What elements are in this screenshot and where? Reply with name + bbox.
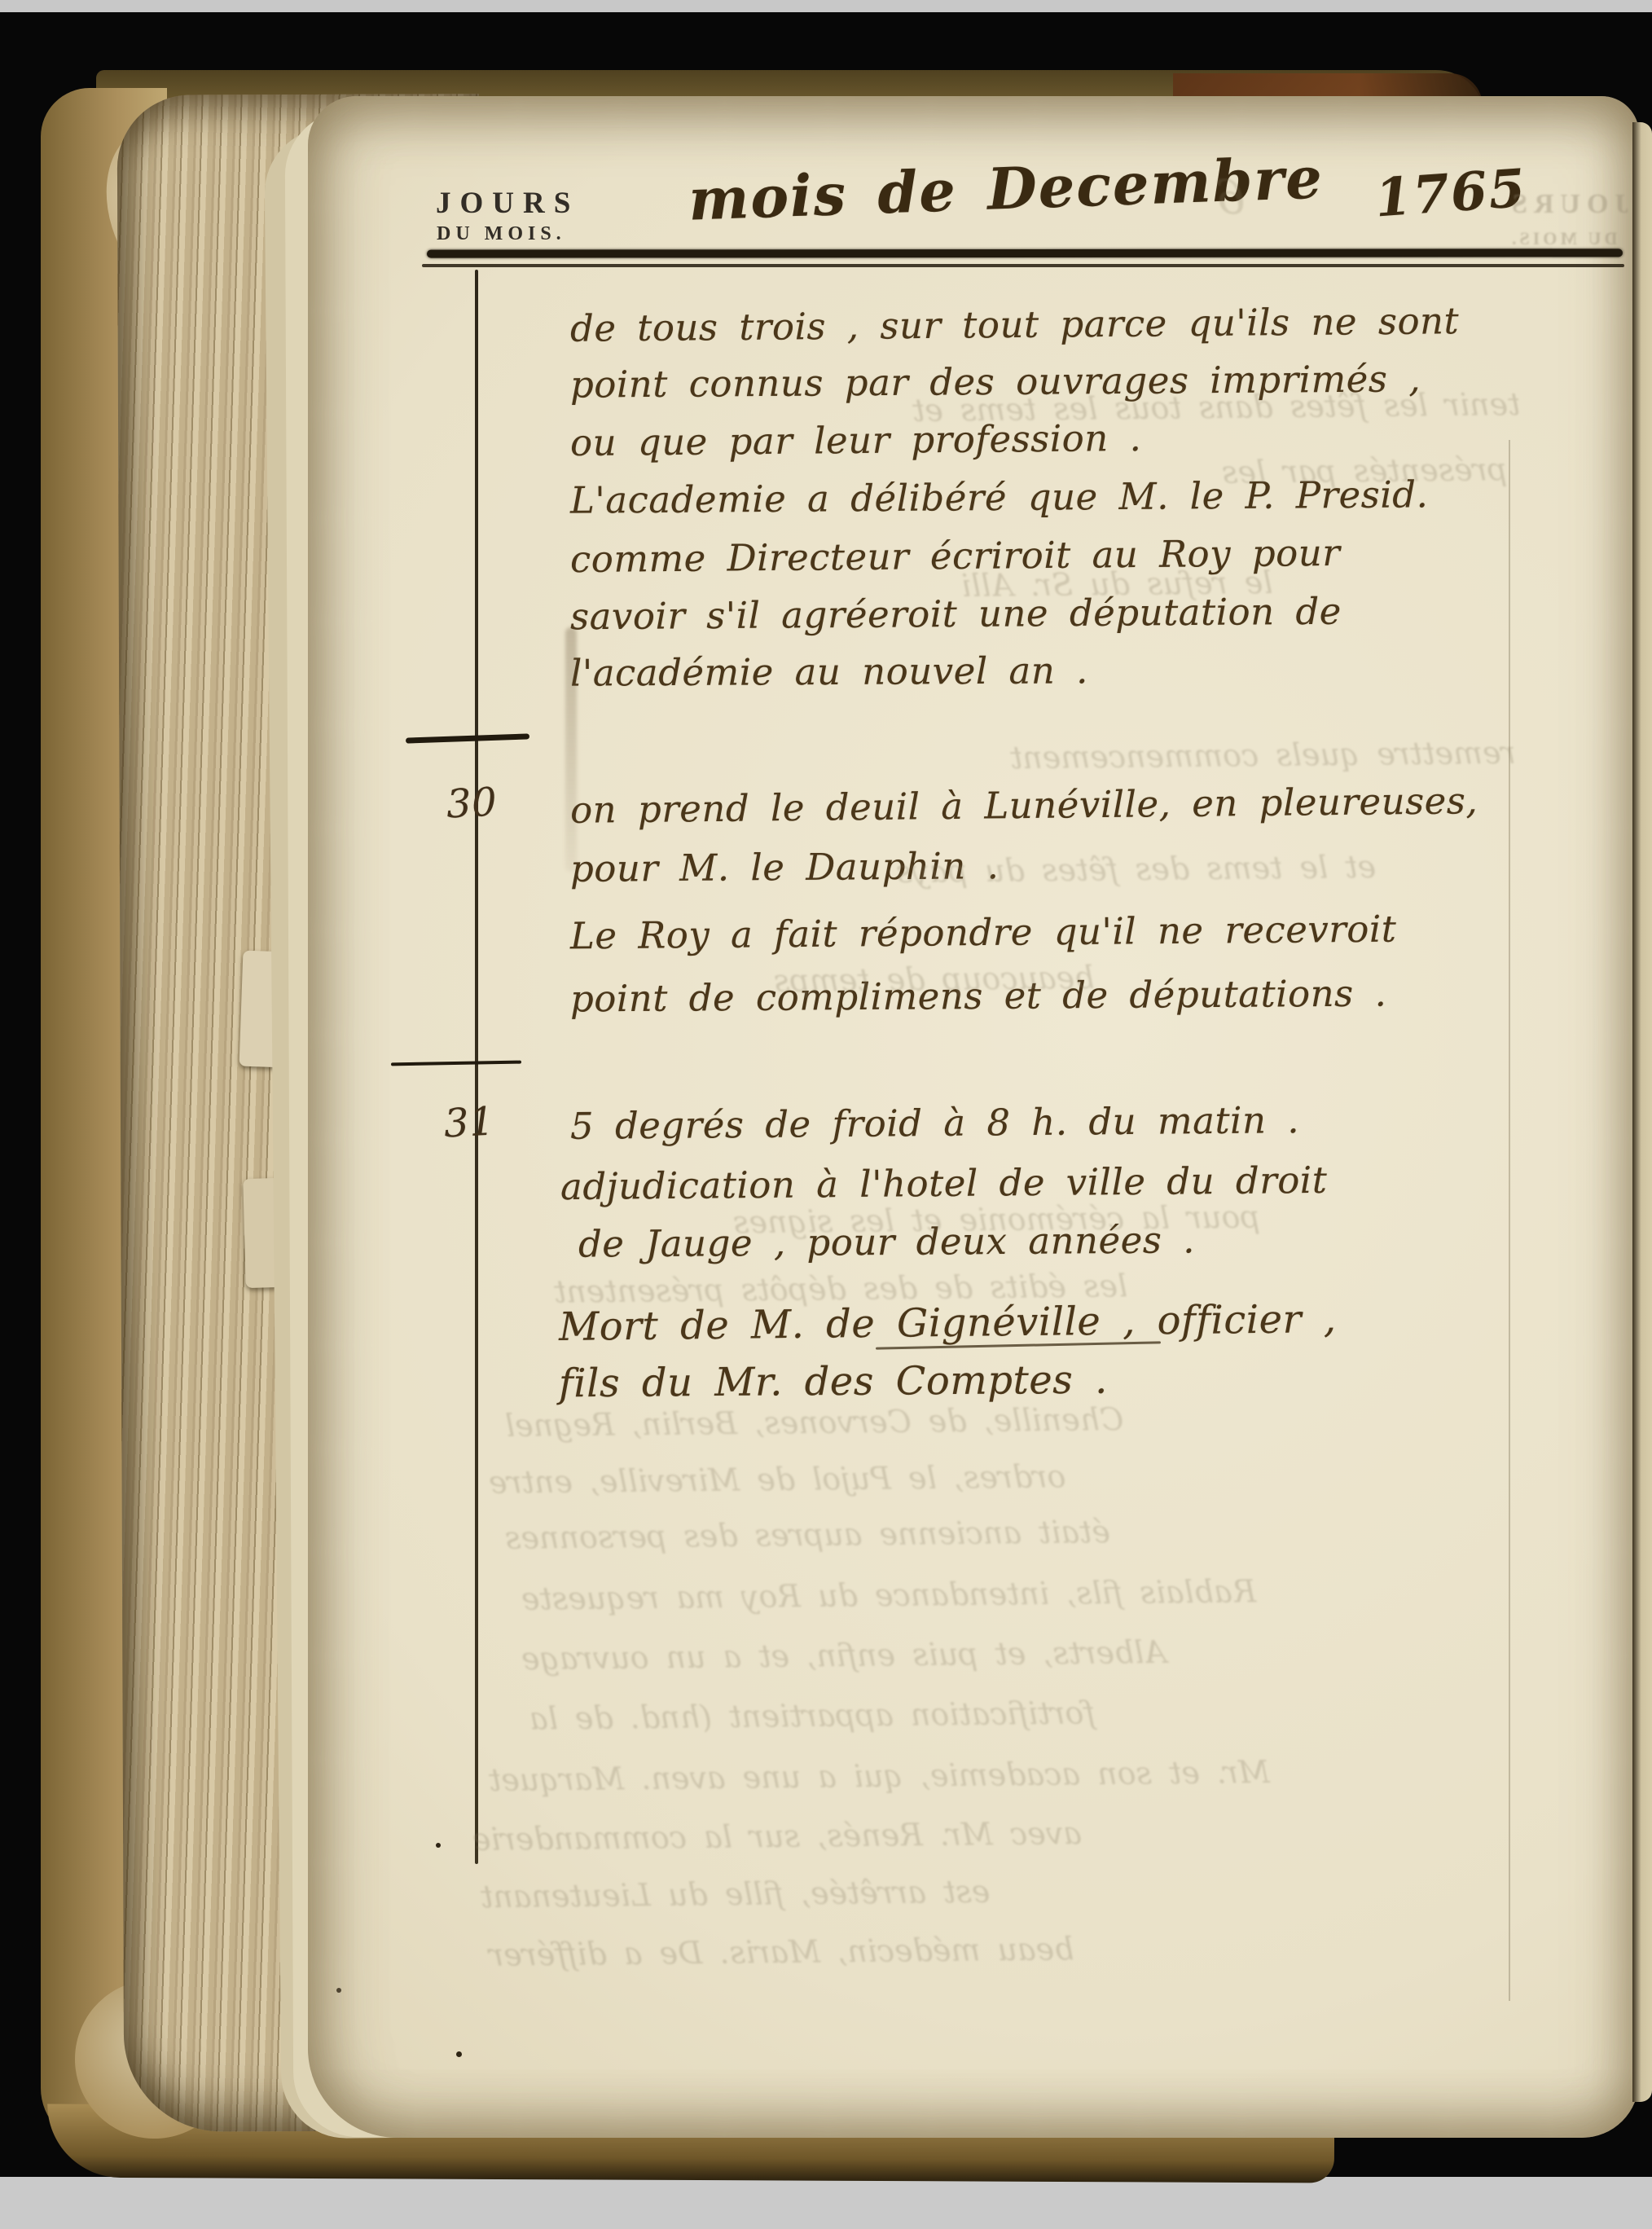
ink-dot xyxy=(336,1988,341,1993)
showthrough-line: pour la cérémonie et les signes xyxy=(733,1199,1260,1241)
day-number-31: 31 xyxy=(443,1098,496,1146)
ink-dot xyxy=(436,1843,441,1848)
showthrough-line: les édits de des dépôts présentent xyxy=(554,1268,1128,1309)
entry-line: Le Roy a fait répondre qu'il ne recevroi… xyxy=(570,908,1397,958)
ink-dot xyxy=(456,2051,462,2057)
showthrough-line: avec Mr. Renés, sur la commanderie xyxy=(472,1815,1082,1857)
showthrough-header-dumois: DU MOIS. xyxy=(1509,228,1617,249)
showthrough-line: présentés par les xyxy=(1222,451,1508,490)
showthrough-line: Alberts, et puis enfin, et a un ouvrage xyxy=(521,1634,1167,1677)
showthrough-line: beau médecin, Maris. De a différer xyxy=(489,1931,1074,1973)
entry-line: de tous trois , sur tout parce qu'ils ne… xyxy=(570,299,1460,350)
showthrough-line: ordres, le Pujol de Mireville, entre xyxy=(489,1458,1066,1500)
entry-line: l'académie au nouvel an . xyxy=(570,648,1088,694)
header-rule-thick xyxy=(427,248,1623,257)
showthrough-line: remettre quels commencement xyxy=(1010,735,1516,776)
adjacent-page-sliver xyxy=(1632,122,1652,2102)
showthrough-line: et le tems des fêtes du pays xyxy=(896,849,1376,890)
showthrough-year-fragment: 6 xyxy=(1215,169,1246,225)
entry-line: fils du Mr. des Comptes . xyxy=(559,1357,1108,1407)
showthrough-line: était ancienne aupres des personnes xyxy=(505,1514,1110,1556)
days-column-header-line2: DU MOIS. xyxy=(437,223,566,245)
header-rule-thin xyxy=(422,264,1624,267)
day-number-30: 30 xyxy=(446,779,499,827)
entry-line: 5 degrés de froid à 8 h. du matin . xyxy=(570,1098,1299,1148)
showthrough-line: est arrêtée, fille du Lieutenant xyxy=(481,1874,991,1915)
showthrough-line: le refus du Sr. Alli xyxy=(961,565,1273,604)
scanner-strip-top xyxy=(0,0,1652,12)
showthrough-line: fortification appartient (hnd. de la xyxy=(529,1695,1096,1736)
showthrough-line: tenir les fêtes dans tous les tems et xyxy=(912,386,1521,429)
days-column-header-line1: JOURS xyxy=(436,186,579,221)
scanner-strip-bottom xyxy=(0,2177,1652,2229)
showthrough-line: beaucoup de temps xyxy=(774,960,1095,999)
day-column-rule xyxy=(475,270,478,1864)
showthrough-line: Chenille, de Cervones, Berlin, Regnel xyxy=(505,1401,1124,1444)
scanned-manuscript-photo: JOURS DU MOIS. mois de Decembre 1765 JOU… xyxy=(0,0,1652,2229)
right-margin-crease xyxy=(1509,440,1510,2001)
showthrough-header-jours: JOURS xyxy=(1505,189,1628,220)
ink-smudge xyxy=(565,627,577,872)
